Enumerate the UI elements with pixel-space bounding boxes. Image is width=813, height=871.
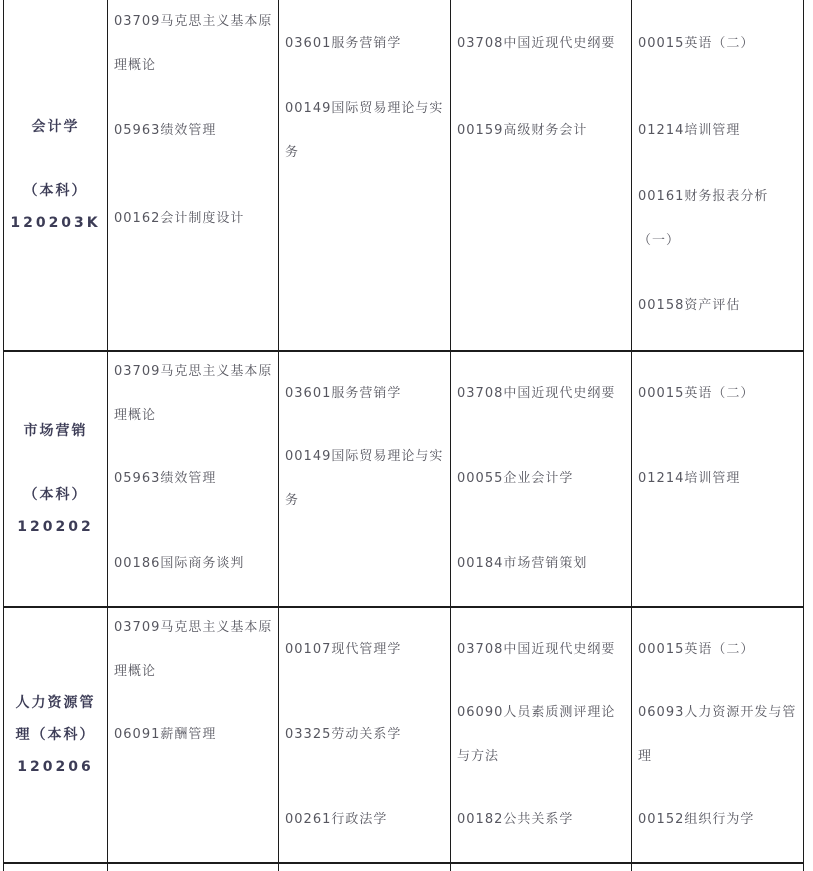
empty-slot bbox=[451, 175, 631, 263]
table-row-truncated bbox=[4, 864, 803, 871]
empty-slot bbox=[279, 263, 450, 351]
empty-slot bbox=[632, 521, 803, 606]
course-slot: 00152组织行为学 bbox=[632, 777, 803, 862]
course-item: 00159高级财务会计 bbox=[451, 109, 590, 153]
course-cell: 03709马克思主义基本原理概论 06091薪酬管理 bbox=[108, 608, 279, 862]
course-item: 00055企业会计学 bbox=[451, 457, 576, 501]
course-item: 03601服务营销学 bbox=[279, 372, 404, 416]
course-slot: 00055企业会计学 bbox=[451, 437, 631, 522]
major-name-line: 人力资源管 bbox=[16, 687, 96, 719]
empty-slot bbox=[279, 175, 450, 263]
major-code: 120206 bbox=[17, 751, 93, 783]
course-cell bbox=[108, 864, 279, 871]
table-row-marketing: 市场营销 （本科） 120202 03709马克思主义基本原理概论 05963绩… bbox=[4, 352, 803, 608]
major-code: 120202 bbox=[17, 511, 93, 543]
course-item: 03325劳动关系学 bbox=[279, 713, 404, 757]
course-item: 00149国际贸易理论与实务 bbox=[279, 88, 450, 176]
course-cell: 03708中国近现代史纲要 00159高级财务会计 bbox=[451, 0, 632, 350]
course-item: 00149国际贸易理论与实务 bbox=[279, 437, 450, 522]
major-name-line: 会计学 bbox=[32, 111, 80, 143]
course-slot: 03709马克思主义基本原理概论 bbox=[108, 0, 278, 88]
course-item: 00261行政法学 bbox=[279, 798, 390, 842]
course-item: 00015英语（二） bbox=[632, 372, 757, 416]
course-slot: 03709马克思主义基本原理概论 bbox=[108, 608, 278, 693]
course-cell bbox=[451, 864, 632, 871]
course-slot: 03708中国近现代史纲要 bbox=[451, 352, 631, 437]
major-code: 120203K bbox=[10, 207, 100, 239]
course-slot: 03709马克思主义基本原理概论 bbox=[108, 352, 278, 437]
course-slot: 05963绩效管理 bbox=[108, 437, 278, 522]
major-cell bbox=[4, 864, 108, 871]
course-item: 00161财务报表分析（一） bbox=[632, 175, 803, 263]
course-slot: 05963绩效管理 bbox=[108, 88, 278, 176]
course-item: 00152组织行为学 bbox=[632, 798, 757, 842]
course-slot: 00186国际商务谈判 bbox=[108, 521, 278, 606]
major-cell: 市场营销 （本科） 120202 bbox=[4, 352, 108, 606]
course-item: 06091薪酬管理 bbox=[108, 713, 219, 757]
course-item: 05963绩效管理 bbox=[108, 109, 219, 153]
table-row-accounting: 会计学 （本科） 120203K 03709马克思主义基本原理概论 05963绩… bbox=[4, 0, 803, 352]
course-slot: 00159高级财务会计 bbox=[451, 88, 631, 176]
major-cell: 人力资源管 理（本科） 120206 bbox=[4, 608, 108, 862]
exam-schedule-table: 会计学 （本科） 120203K 03709马克思主义基本原理概论 05963绩… bbox=[3, 0, 804, 871]
course-item: 00015英语（二） bbox=[632, 628, 757, 672]
course-slot: 03708中国近现代史纲要 bbox=[451, 608, 631, 693]
course-item: 00186国际商务谈判 bbox=[108, 542, 247, 586]
major-level-line: （本科） bbox=[24, 175, 88, 207]
course-item: 03708中国近现代史纲要 bbox=[451, 628, 618, 672]
course-cell: 03709马克思主义基本原理概论 05963绩效管理 00186国际商务谈判 bbox=[108, 352, 279, 606]
course-item: 00184市场营销策划 bbox=[451, 542, 590, 586]
course-slot: 00182公共关系学 bbox=[451, 777, 631, 862]
course-slot: 03601服务营销学 bbox=[279, 0, 450, 88]
empty-slot bbox=[279, 521, 450, 606]
course-slot: 06091薪酬管理 bbox=[108, 693, 278, 778]
course-slot: 00149国际贸易理论与实务 bbox=[279, 88, 450, 176]
course-item: 00182公共关系学 bbox=[451, 798, 576, 842]
course-cell: 03601服务营销学 00149国际贸易理论与实务 bbox=[279, 0, 451, 350]
course-slot: 00261行政法学 bbox=[279, 777, 450, 862]
course-cell: 00015英语（二） 01214培训管理 00161财务报表分析（一） 0015… bbox=[632, 0, 803, 350]
course-cell: 03708中国近现代史纲要 06090人员素质测评理论与方法 00182公共关系… bbox=[451, 608, 632, 862]
course-cell: 00107现代管理学 03325劳动关系学 00261行政法学 bbox=[279, 608, 451, 862]
course-slot: 00158资产评估 bbox=[632, 263, 803, 351]
course-cell: 03709马克思主义基本原理概论 05963绩效管理 00162会计制度设计 bbox=[108, 0, 279, 350]
course-item: 00107现代管理学 bbox=[279, 628, 404, 672]
course-slot: 06090人员素质测评理论与方法 bbox=[451, 693, 631, 778]
course-cell: 03708中国近现代史纲要 00055企业会计学 00184市场营销策划 bbox=[451, 352, 632, 606]
course-item: 05963绩效管理 bbox=[108, 457, 219, 501]
course-item: 00162会计制度设计 bbox=[108, 197, 247, 241]
course-cell: 00015英语（二） 01214培训管理 bbox=[632, 352, 803, 606]
course-slot: 00015英语（二） bbox=[632, 0, 803, 88]
empty-slot bbox=[108, 777, 278, 862]
course-slot: 03708中国近现代史纲要 bbox=[451, 0, 631, 88]
course-slot: 01214培训管理 bbox=[632, 437, 803, 522]
course-slot: 00149国际贸易理论与实务 bbox=[279, 437, 450, 522]
course-item: 01214培训管理 bbox=[632, 457, 743, 501]
table-row-human-resources: 人力资源管 理（本科） 120206 03709马克思主义基本原理概论 0609… bbox=[4, 608, 803, 864]
course-cell: 00015英语（二） 06093人力资源开发与管理 00152组织行为学 bbox=[632, 608, 803, 862]
course-slot: 00107现代管理学 bbox=[279, 608, 450, 693]
major-cell: 会计学 （本科） 120203K bbox=[4, 0, 108, 350]
course-item: 03708中国近现代史纲要 bbox=[451, 22, 618, 66]
course-item: 03709马克思主义基本原理概论 bbox=[108, 608, 278, 693]
major-name-line: 市场营销 bbox=[24, 415, 88, 447]
course-slot: 03601服务营销学 bbox=[279, 352, 450, 437]
course-slot: 00184市场营销策划 bbox=[451, 521, 631, 606]
course-item: 01214培训管理 bbox=[632, 109, 743, 153]
course-cell: 03601服务营销学 00149国际贸易理论与实务 bbox=[279, 352, 451, 606]
course-slot: 00162会计制度设计 bbox=[108, 175, 278, 263]
course-item: 03709马克思主义基本原理概论 bbox=[108, 0, 278, 88]
course-item: 00158资产评估 bbox=[632, 284, 743, 328]
course-item: 03708中国近现代史纲要 bbox=[451, 372, 618, 416]
empty-slot bbox=[451, 263, 631, 351]
course-item: 03601服务营销学 bbox=[279, 22, 404, 66]
course-item: 00015英语（二） bbox=[632, 22, 757, 66]
empty-slot bbox=[108, 263, 278, 351]
course-slot: 03325劳动关系学 bbox=[279, 693, 450, 778]
course-item: 03709马克思主义基本原理概论 bbox=[108, 352, 278, 437]
course-item: 06090人员素质测评理论与方法 bbox=[451, 693, 631, 778]
course-cell bbox=[279, 864, 451, 871]
course-item: 06093人力资源开发与管理 bbox=[632, 693, 803, 778]
course-slot: 00015英语（二） bbox=[632, 352, 803, 437]
major-level-line: （本科） bbox=[24, 479, 88, 511]
course-slot: 06093人力资源开发与管理 bbox=[632, 693, 803, 778]
course-cell bbox=[632, 864, 803, 871]
course-slot: 00161财务报表分析（一） bbox=[632, 175, 803, 263]
course-slot: 01214培训管理 bbox=[632, 88, 803, 176]
course-slot: 00015英语（二） bbox=[632, 608, 803, 693]
major-level-line: 理（本科） bbox=[16, 719, 96, 751]
